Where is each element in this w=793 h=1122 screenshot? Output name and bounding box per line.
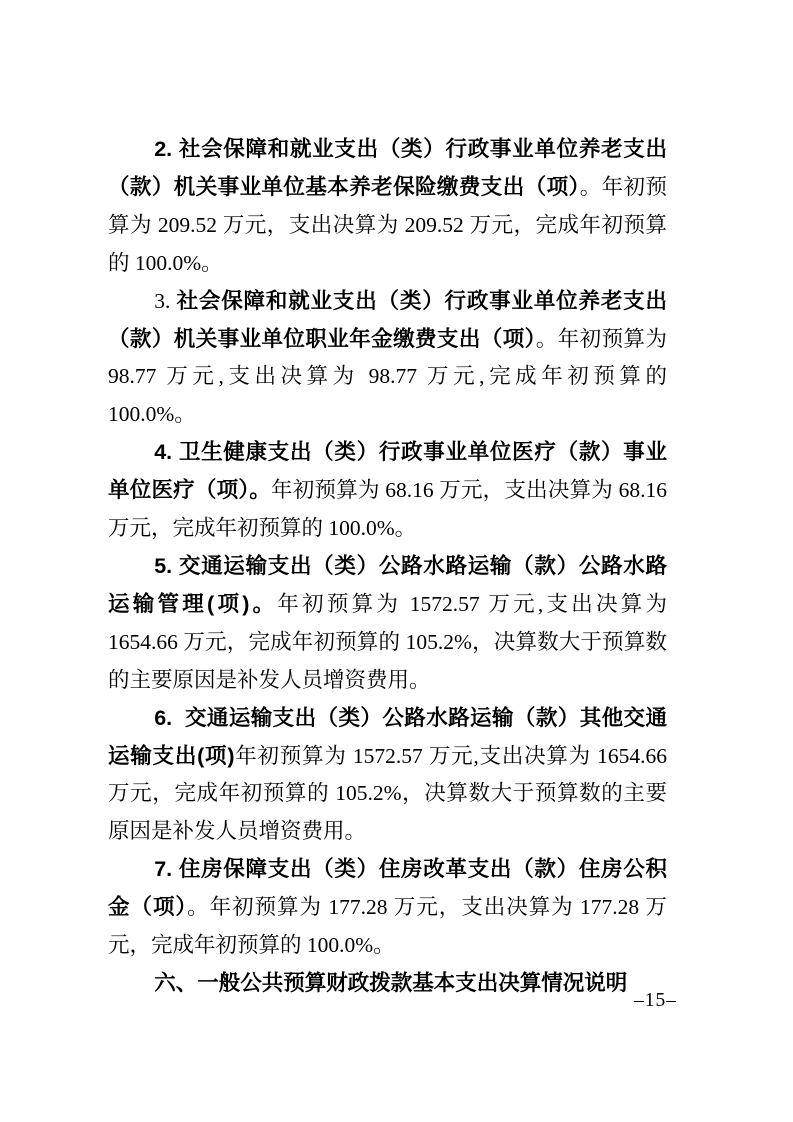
section-heading: 六、一般公共预算财政拨款基本支出决算情况说明 [108, 965, 667, 1003]
budget-item-paragraph-3: 3. 社会保障和就业支出（类）行政事业单位养老支出（款）机关事业单位职业年金缴费… [108, 283, 667, 435]
budget-item-paragraph-4: 4. 卫生健康支出（类）行政事业单位医疗（款）事业单位医疗（项）。年初预算为 6… [108, 434, 667, 548]
paragraph-body-text: 3. [154, 289, 176, 313]
budget-item-paragraph-5: 5. 交通运输支出（类）公路水路运输（款）公路水路运输管理(项)。年初预算为 1… [108, 548, 667, 700]
page-number: –15– [634, 988, 677, 1014]
budget-item-paragraph-2: 2. 社会保障和就业支出（类）行政事业单位养老支出（款）机关事业单位基本养老保险… [108, 131, 667, 283]
budget-item-paragraph-6: 6. 交通运输支出（类）公路水路运输（款）其他交通运输支出(项)年初预算为 15… [108, 700, 667, 852]
document-body: 2. 社会保障和就业支出（类）行政事业单位养老支出（款）机关事业单位基本养老保险… [108, 131, 667, 1003]
paragraph-body-text: 。年初预算为 177.28 万元，支出决算为 177.28 万元，完成年初预算的… [108, 895, 667, 957]
budget-item-paragraph-7: 7. 住房保障支出（类）住房改革支出（款）住房公积金（项）。年初预算为 177.… [108, 851, 667, 965]
document-page: 2. 社会保障和就业支出（类）行政事业单位养老支出（款）机关事业单位基本养老保险… [0, 0, 793, 1122]
